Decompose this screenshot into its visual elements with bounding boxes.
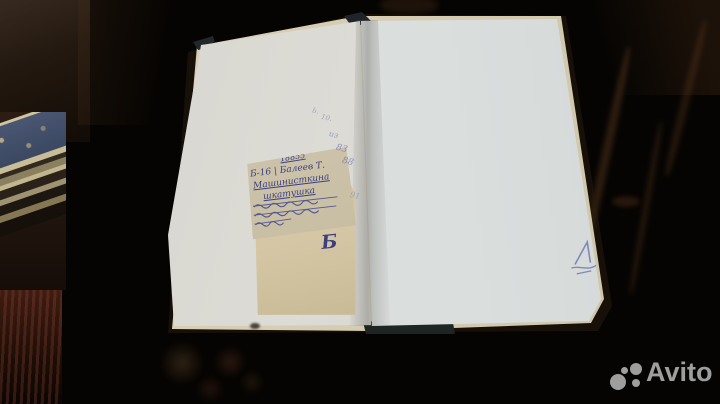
- old-book-stack: [0, 112, 66, 290]
- avito-brand-text: Avito: [646, 357, 713, 388]
- carpet-ornament: [238, 370, 266, 394]
- blue-ink-stamp-smudge: [565, 234, 607, 283]
- page-edge-tear: [250, 323, 260, 329]
- carpet-ornament: [158, 342, 206, 384]
- wood-shadow-near-object: [78, 0, 193, 125]
- wood-knot: [612, 196, 640, 207]
- avito-logo-dot: [610, 374, 626, 390]
- avito-watermark: Avito: [608, 360, 720, 398]
- avito-logo-dot: [632, 379, 640, 387]
- avito-logo-dot: [621, 367, 628, 374]
- avito-logo-dot: [630, 363, 642, 375]
- carpet-ornament: [194, 376, 226, 402]
- photo-open-book-on-table: 18855 Б 18855 Б-16 | Балеев Т. Машинистк…: [0, 0, 720, 404]
- handwritten-section-letter: Б: [320, 230, 338, 254]
